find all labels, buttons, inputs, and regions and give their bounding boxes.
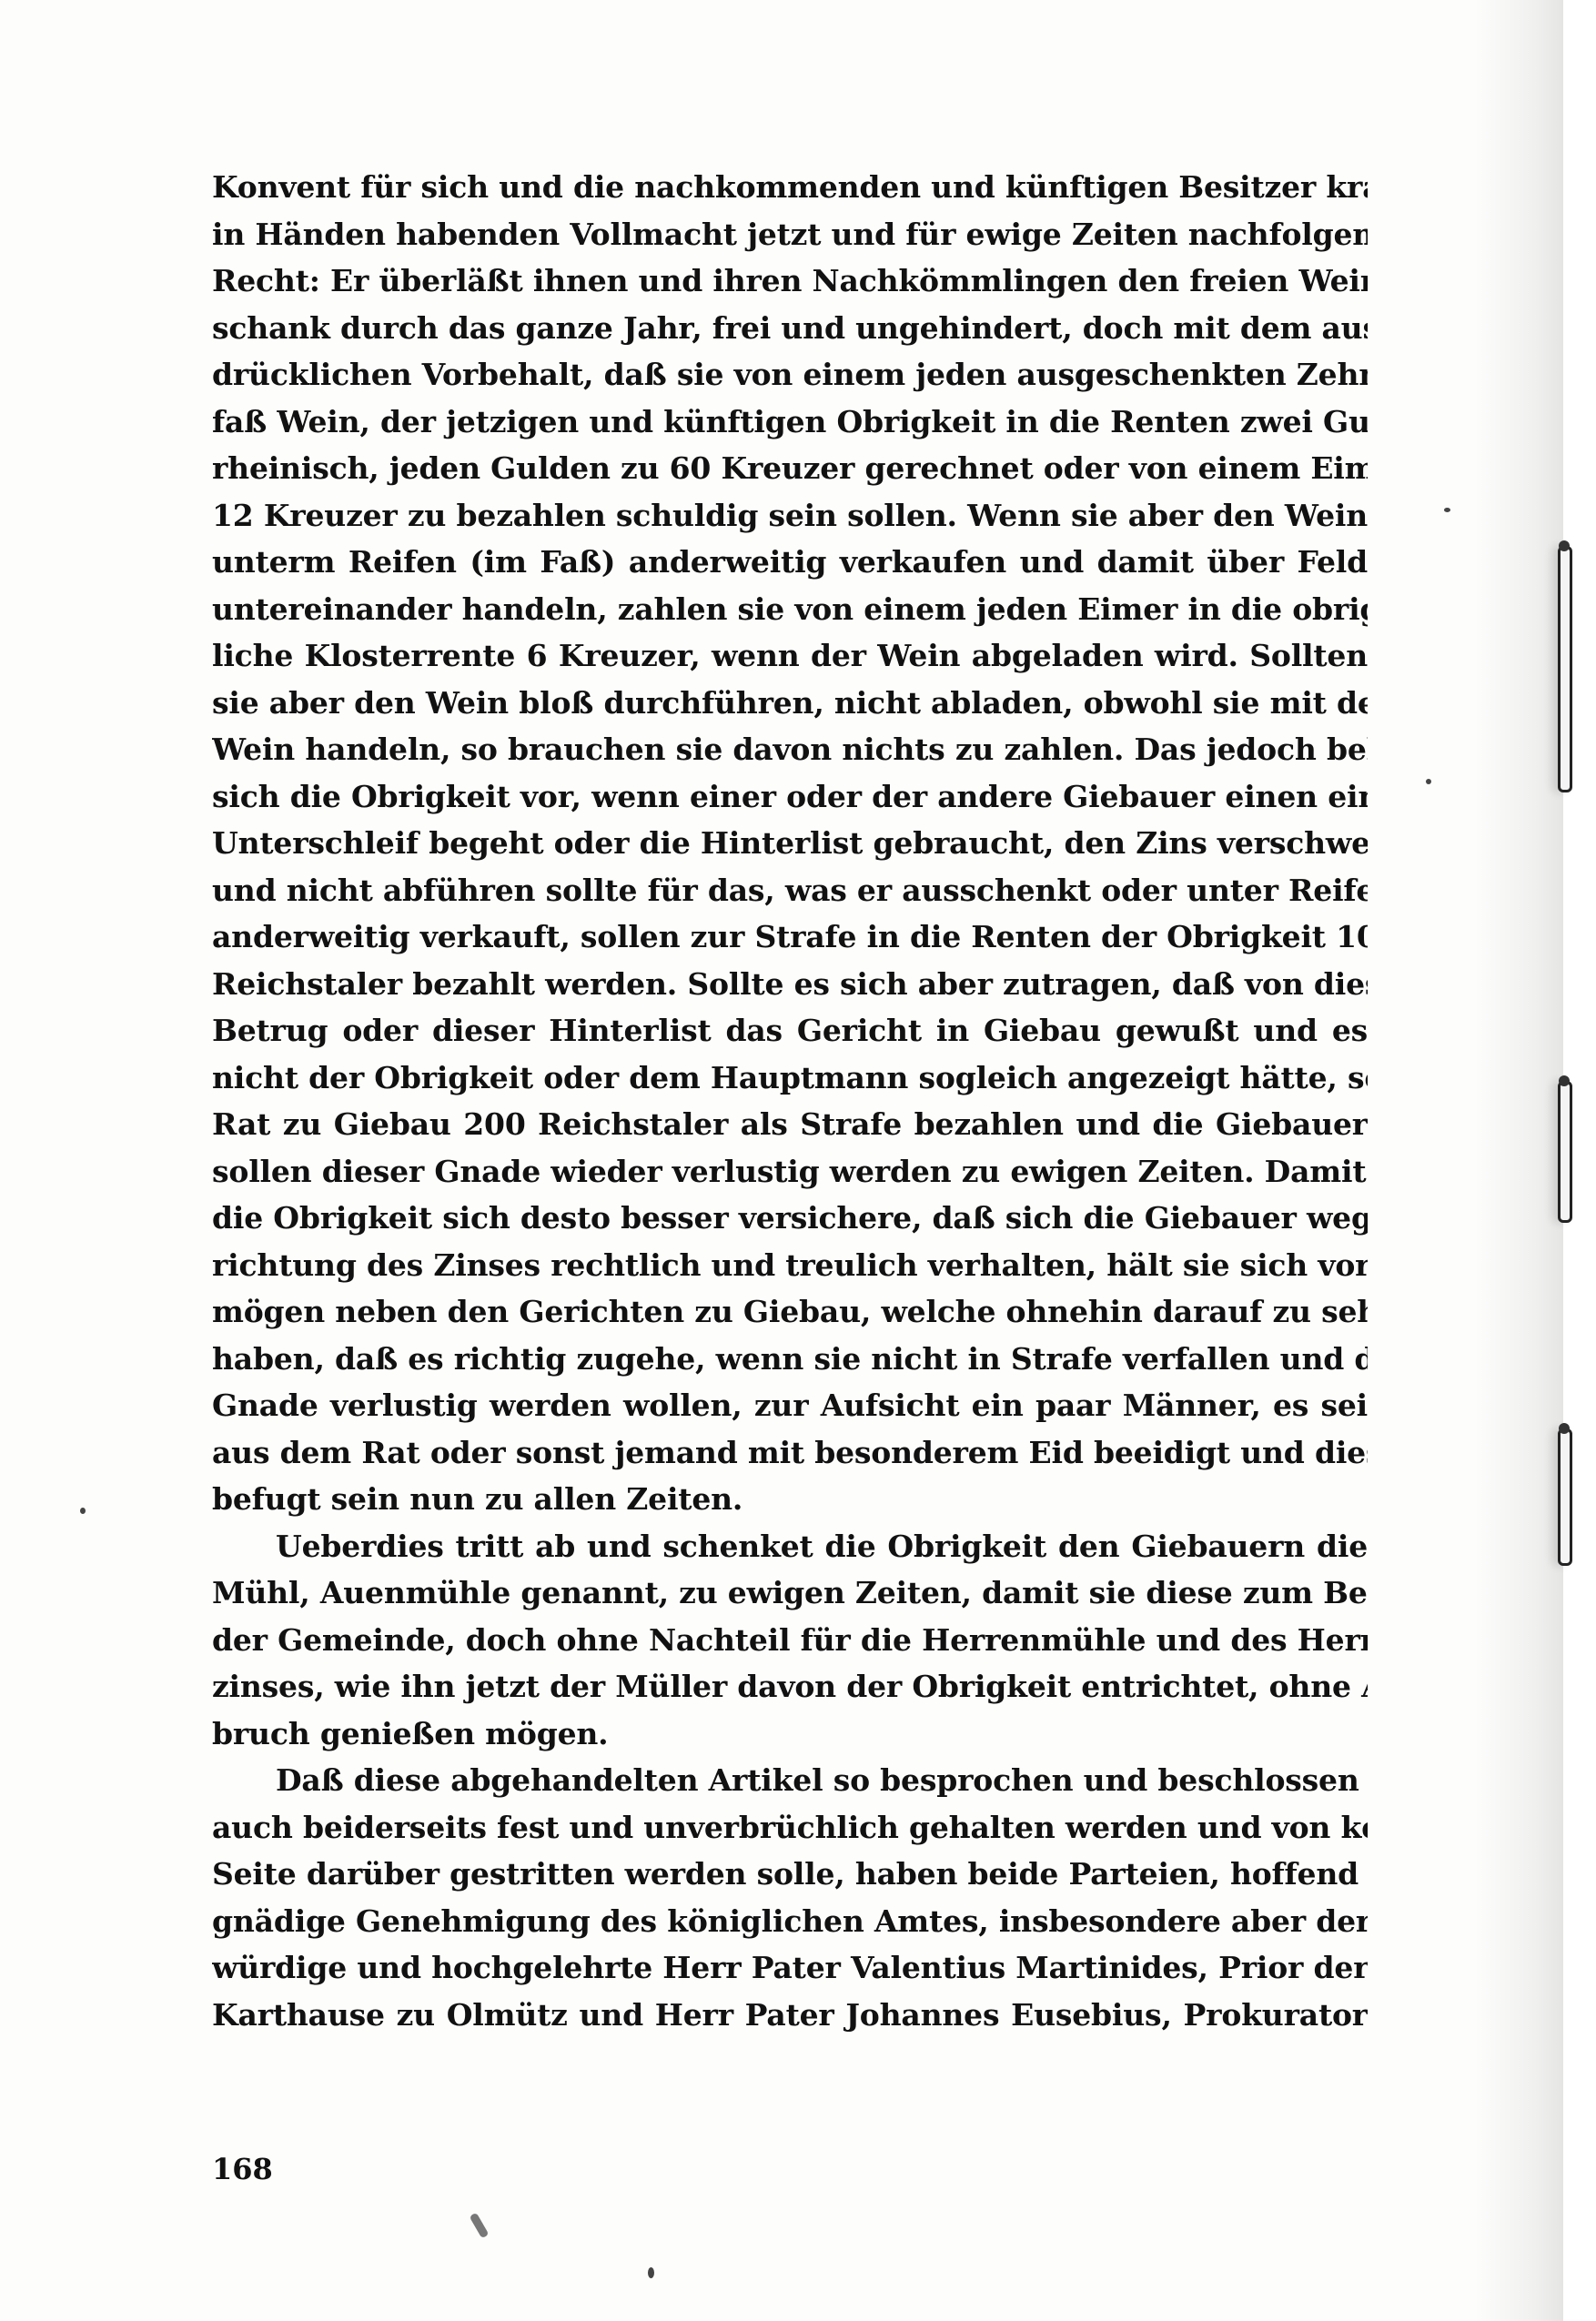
text-line: Wein handeln, so brauchen sie davon nich… xyxy=(212,726,1368,773)
text-line: Konvent für sich und die nachkommenden u… xyxy=(212,164,1368,211)
text-line: liche Klosterrente 6 Kreuzer, wenn der W… xyxy=(212,632,1368,680)
text-line: drücklichen Vorbehalt, daß sie von einem… xyxy=(212,351,1368,399)
text-line: Ueberdies tritt ab und schenket die Obri… xyxy=(212,1523,1368,1570)
text-line: sich die Obrigkeit vor, wenn einer oder … xyxy=(212,773,1368,821)
text-line: Mühl, Auenmühle genannt, zu ewigen Zeite… xyxy=(212,1569,1368,1617)
text-line: mögen neben den Gerichten zu Giebau, wel… xyxy=(212,1288,1368,1336)
text-line: unterm Reifen (im Faß) anderweitig verka… xyxy=(212,539,1368,586)
scanned-book-page: Konvent für sich und die nachkommenden u… xyxy=(0,0,1596,2321)
text-line: Unterschleif begeht oder die Hinterlist … xyxy=(212,820,1368,867)
body-text: Konvent für sich und die nachkommenden u… xyxy=(212,164,1368,2038)
text-line: haben, daß es richtig zugehe, wenn sie n… xyxy=(212,1336,1368,1383)
text-line: Karthause zu Olmütz und Herr Pater Johan… xyxy=(212,1992,1368,2039)
text-line: aus dem Rat oder sonst jemand mit besond… xyxy=(212,1429,1368,1477)
text-line: Rat zu Giebau 200 Reichstaler als Strafe… xyxy=(212,1101,1368,1148)
text-line: schank durch das ganze Jahr, frei und un… xyxy=(212,305,1368,352)
ink-speck xyxy=(80,1508,86,1514)
text-line: sie aber den Wein bloß durchführen, nich… xyxy=(212,680,1368,727)
text-line: nicht der Obrigkeit oder dem Hauptmann s… xyxy=(212,1055,1368,1102)
staple-icon xyxy=(1558,1081,1572,1223)
text-line: 12 Kreuzer zu bezahlen schuldig sein sol… xyxy=(212,492,1368,540)
text-line: in Händen habenden Vollmacht jetzt und f… xyxy=(212,211,1368,258)
ink-speck xyxy=(1426,779,1431,784)
text-line: Reichstaler bezahlt werden. Sollte es si… xyxy=(212,961,1368,1008)
staple-icon xyxy=(1558,1428,1572,1566)
text-line: und nicht abführen sollte für das, was e… xyxy=(212,867,1368,914)
text-line: der Gemeinde, doch ohne Nachteil für die… xyxy=(212,1617,1368,1664)
text-line: untereinander handeln, zahlen sie von ei… xyxy=(212,586,1368,633)
text-line: zinses, wie ihn jetzt der Müller davon d… xyxy=(212,1663,1368,1710)
paragraph-3: Daß diese abgehandelten Artikel so bespr… xyxy=(212,1757,1368,2038)
text-line: auch beiderseits fest und unverbrüchlich… xyxy=(212,1804,1368,1852)
text-line: würdige und hochgelehrte Herr Pater Vale… xyxy=(212,1944,1368,1992)
text-line: gnädige Genehmigung des königlichen Amte… xyxy=(212,1898,1368,1945)
text-line: Daß diese abgehandelten Artikel so bespr… xyxy=(212,1757,1368,1804)
paragraph-2: Ueberdies tritt ab und schenket die Obri… xyxy=(212,1523,1368,1758)
staple-icon xyxy=(1558,546,1572,792)
text-line: die Obrigkeit sich desto besser versiche… xyxy=(212,1195,1368,1242)
ink-speck xyxy=(1444,508,1450,512)
page-number: 168 xyxy=(212,2152,273,2186)
text-line: Seite darüber gestritten werden solle, h… xyxy=(212,1851,1368,1898)
text-line: rheinisch, jeden Gulden zu 60 Kreuzer ge… xyxy=(212,445,1368,492)
text-line: sollen dieser Gnade wieder verlustig wer… xyxy=(212,1148,1368,1196)
text-line: faß Wein, der jetzigen und künftigen Obr… xyxy=(212,399,1368,446)
text-line: Betrug oder dieser Hinterlist das Gerich… xyxy=(212,1007,1368,1055)
text-line: Recht: Er überläßt ihnen und ihren Nachk… xyxy=(212,257,1368,305)
ink-speck xyxy=(648,2267,654,2278)
text-line: befugt sein nun zu allen Zeiten. xyxy=(212,1476,1368,1523)
text-line: anderweitig verkauft, sollen zur Strafe … xyxy=(212,913,1368,961)
text-line: richtung des Zinses rechtlich und treuli… xyxy=(212,1242,1368,1289)
paragraph-1: Konvent für sich und die nachkommenden u… xyxy=(212,164,1368,1523)
text-line: Gnade verlustig werden wollen, zur Aufsi… xyxy=(212,1382,1368,1429)
ink-speck xyxy=(470,2213,490,2239)
text-line: bruch genießen mögen. xyxy=(212,1710,1368,1758)
